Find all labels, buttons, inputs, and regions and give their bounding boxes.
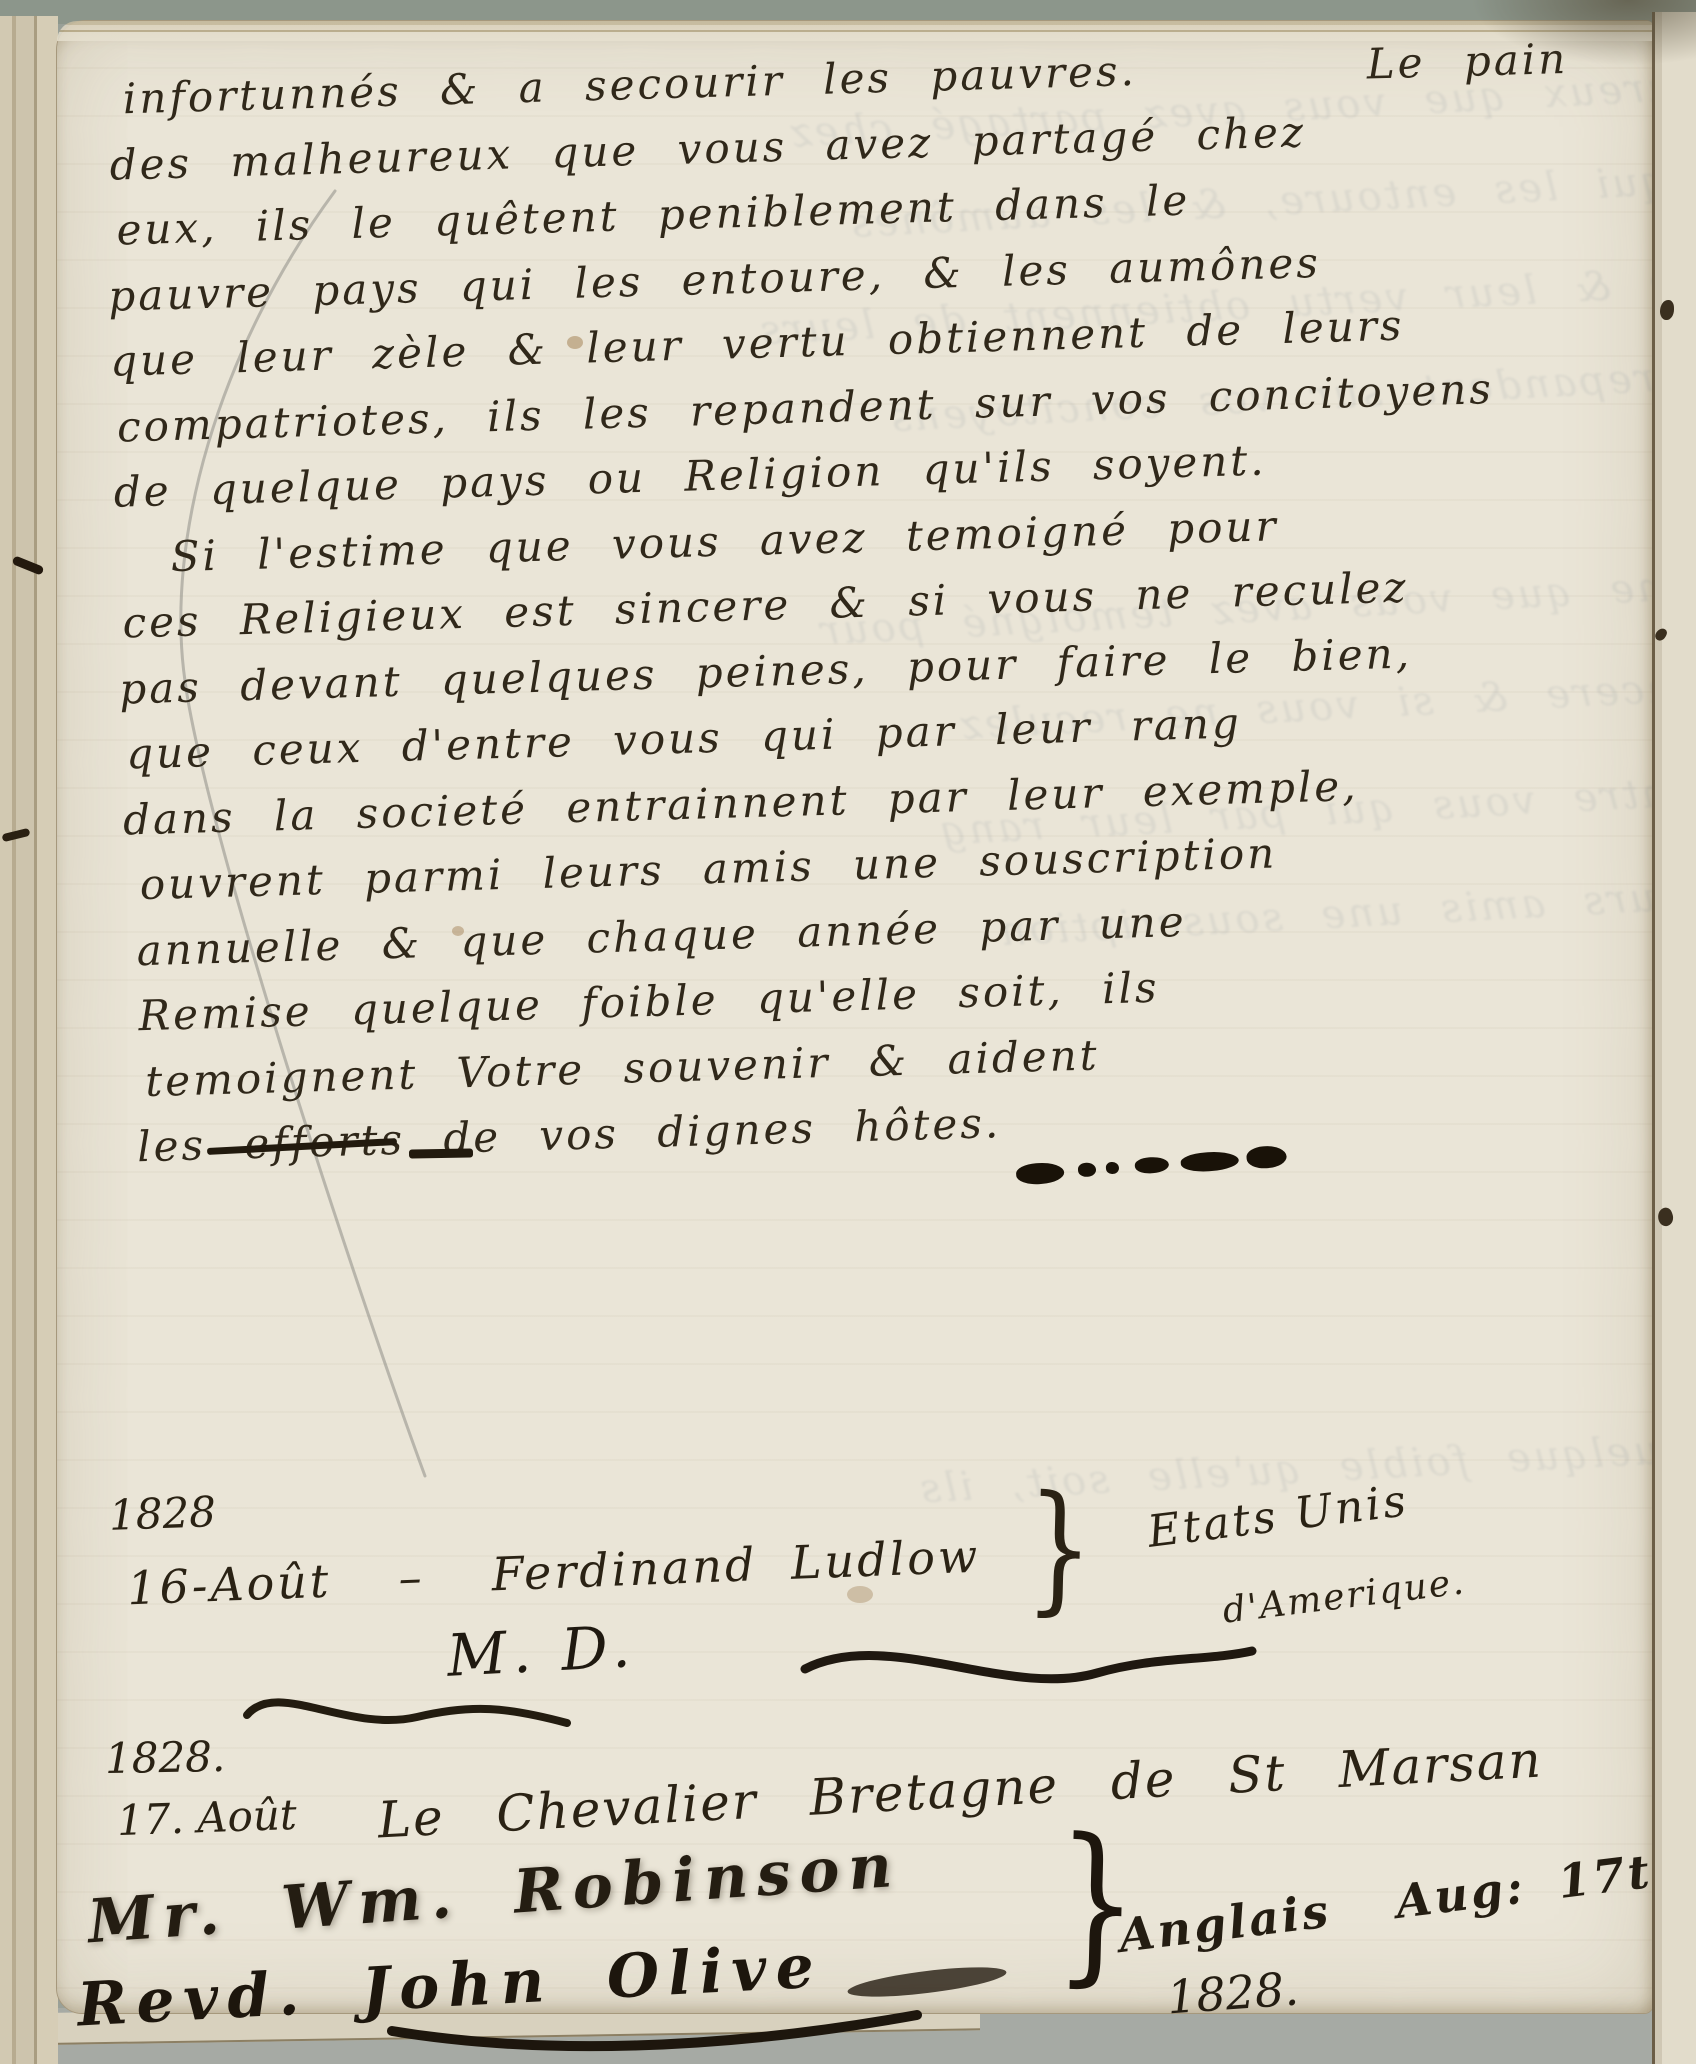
manuscript-scan: des malheureux que vous avez partagé che… xyxy=(0,0,1696,2064)
entry-year-1828b: 1828. xyxy=(105,1732,226,1783)
brace-english-group: } xyxy=(1053,1815,1140,1991)
book-binding-left xyxy=(0,16,58,2064)
binding-ink-mark xyxy=(1,828,30,843)
entry-year-1828: 1828 xyxy=(108,1487,217,1540)
manuscript-page: des malheureux que vous avez partagé che… xyxy=(56,20,1654,2014)
ink-blot-mark xyxy=(1134,1156,1169,1174)
ink-blot-mark xyxy=(1180,1150,1239,1173)
ink-blot-mark xyxy=(1015,1161,1064,1185)
credential-md: M. D. xyxy=(445,1612,637,1690)
strikethrough-mark xyxy=(409,1148,473,1158)
brace-ludlow: } xyxy=(1024,1477,1094,1620)
next-page-edge xyxy=(1652,12,1696,2064)
binding-ink-mark xyxy=(11,555,44,575)
ink-blot-mark xyxy=(1078,1162,1097,1177)
ink-blot-mark xyxy=(1106,1162,1120,1175)
paper-stain xyxy=(847,1586,873,1603)
origin-year-1828: 1828. xyxy=(1165,1961,1300,2024)
corner-shadow xyxy=(1470,0,1696,66)
entry-date-17-aout: 17. Août xyxy=(116,1790,297,1845)
manuscript-body: infortunnés & a secourir les pauvres. Le… xyxy=(97,24,1657,1180)
ink-blot-mark xyxy=(1246,1145,1287,1170)
